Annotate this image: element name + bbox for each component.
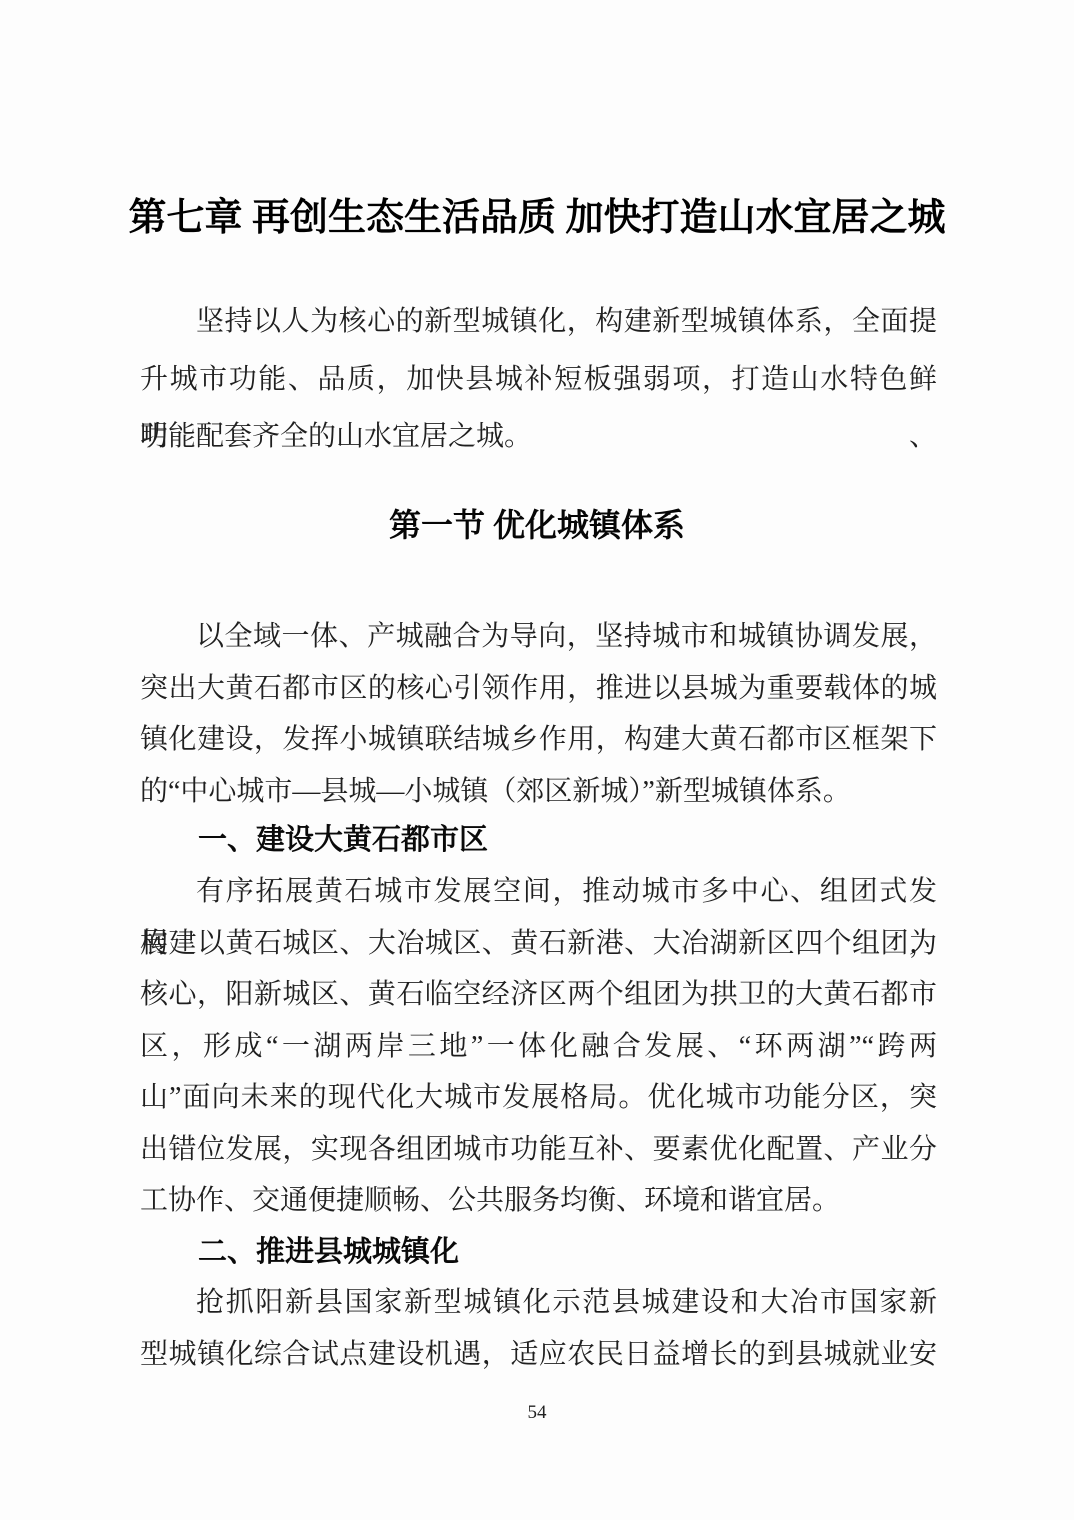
- text-line: 工协作、交通便捷顺畅、公共服务均衡、环境和谐宜居。: [140, 1175, 937, 1227]
- section-title: 第一节 优化城镇体系: [0, 500, 1074, 546]
- subsection2-paragraph: 抢抓阳新县国家新型城镇化示范县城建设和大冶市国家新 型城镇化综合试点建设机遇，适…: [140, 1277, 937, 1380]
- text-line: 出错位发展，实现各组团城市功能互补、要素优化配置、产业分: [140, 1124, 937, 1176]
- text-line: 抢抓阳新县国家新型城镇化示范县城建设和大冶市国家新: [140, 1277, 937, 1329]
- text-line: 构建以黄石城区、大冶城区、黄石新港、大冶湖新区四个组团为: [140, 918, 937, 970]
- text-line: 核心，阳新城区、黄石临空经济区两个组团为拱卫的大黄石都市: [140, 969, 937, 1021]
- text-line: 镇化建设，发挥小城镇联结城乡作用，构建大黄石都市区框架下: [140, 714, 937, 766]
- section-intro-paragraph: 以全域一体、产城融合为导向，坚持城市和城镇协调发展， 突出大黄石都市区的核心引领…: [140, 611, 937, 817]
- intro-paragraph: 坚持以人为核心的新型城镇化，构建新型城镇体系，全面提 升城市功能、品质，加快县城…: [140, 293, 937, 466]
- text-line: 坚持以人为核心的新型城镇化，构建新型城镇体系，全面提: [140, 293, 937, 351]
- text-line: 山”面向未来的现代化大城市发展格局。优化城市功能分区，突: [140, 1072, 937, 1124]
- text-line: 突出大黄石都市区的核心引领作用，推进以县城为重要载体的城: [140, 663, 937, 715]
- document-page: 第七章 再创生态生活品质 加快打造山水宜居之城 坚持以人为核心的新型城镇化，构建…: [0, 0, 1074, 1520]
- text-line: 区，形成“一湖两岸三地”一体化融合发展、“环两湖”“跨两: [140, 1021, 937, 1073]
- text-line: 升城市功能、品质，加快县城补短板强弱项，打造山水特色鲜明、: [140, 351, 937, 409]
- chapter-title: 第七章 再创生态生活品质 加快打造山水宜居之城: [0, 186, 1074, 241]
- page-number: 54: [0, 1402, 1074, 1424]
- text-line: 的“中心城市—县城—小城镇（郊区新城）”新型城镇体系。: [140, 766, 937, 818]
- subheading-build-metropolitan-area: 一、建设大黄石都市区: [140, 815, 937, 867]
- subsection1-paragraph: 有序拓展黄石城市发展空间，推动城市多中心、组团式发展， 构建以黄石城区、大冶城区…: [140, 866, 937, 1227]
- subheading-county-urbanization: 二、推进县城城镇化: [140, 1227, 937, 1279]
- text-line: 型城镇化综合试点建设机遇，适应农民日益增长的到县城就业安: [140, 1329, 937, 1381]
- text-line: 有序拓展黄石城市发展空间，推动城市多中心、组团式发展，: [140, 866, 937, 918]
- text-line: 以全域一体、产城融合为导向，坚持城市和城镇协调发展，: [140, 611, 937, 663]
